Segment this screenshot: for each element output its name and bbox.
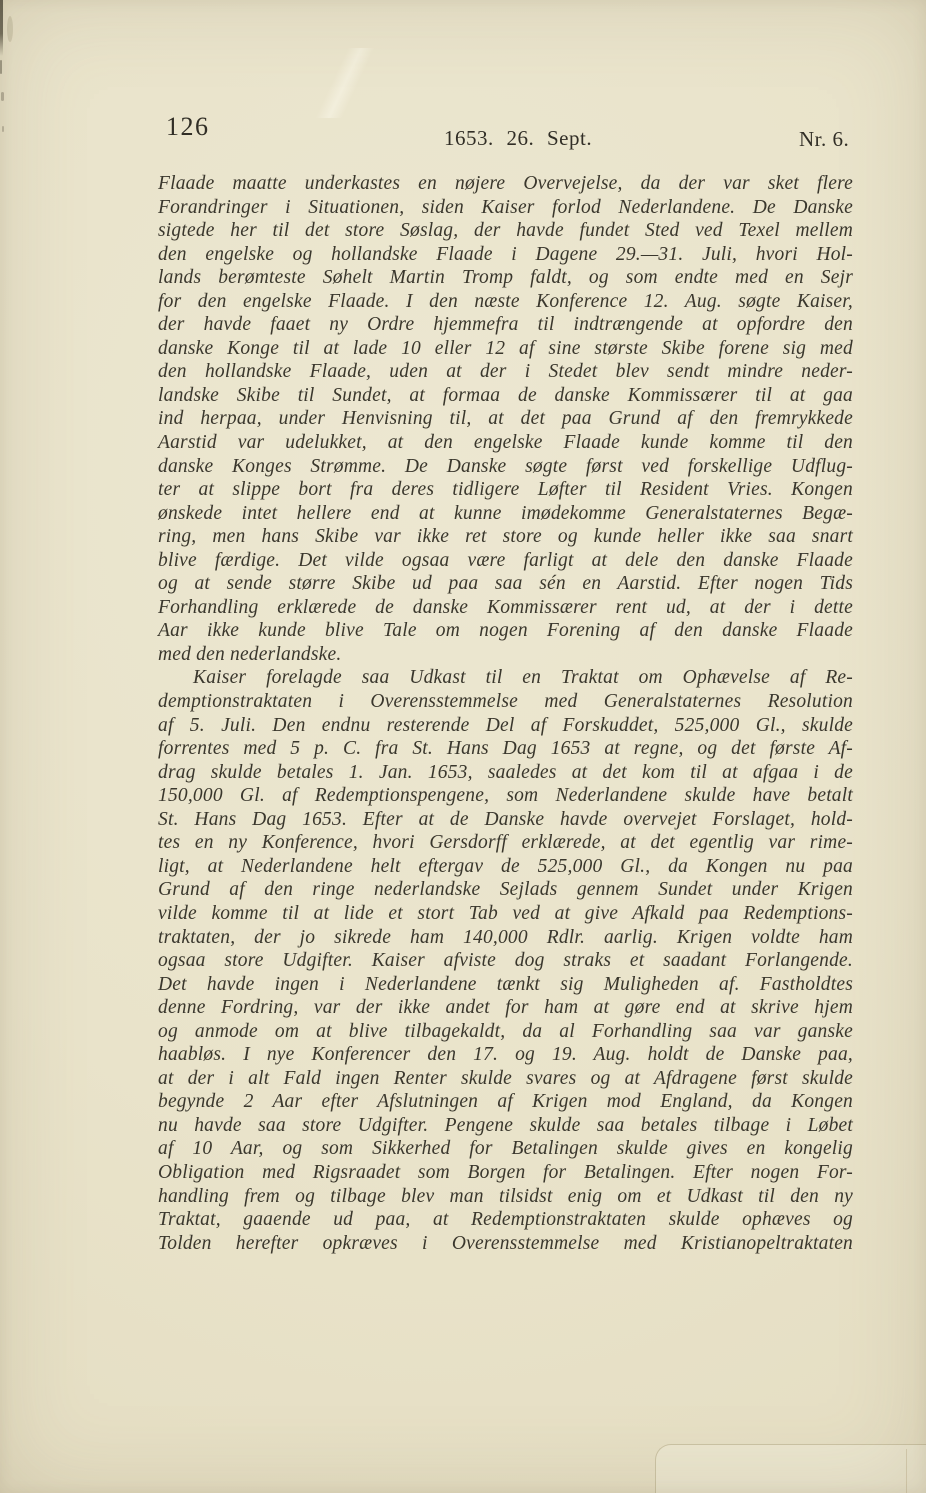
text-line: at der i alt Fald ingen Renter skulde sv…: [158, 1067, 853, 1091]
text-line: Kaiser forelagde saa Udkast til en Trakt…: [158, 666, 853, 690]
text-line: lands berømteste Søhelt Martin Tromp fal…: [158, 266, 853, 290]
text-line: begynde 2 Aar efter Afslutningen af Krig…: [158, 1090, 853, 1114]
text-line: Tolden herefter opkræves i Overensstemme…: [158, 1232, 853, 1256]
text-line: Obligation med Rigsraadet som Borgen for…: [158, 1161, 853, 1185]
text-line: Grund af den ringe nederlandske Sejlads …: [158, 878, 853, 902]
text-line: ligt, at Nederlandene helt eftergav de 5…: [158, 855, 853, 879]
text-line: St. Hans Dag 1653. Efter at de Danske ha…: [158, 808, 853, 832]
text-line: danske Konge til at lade 10 eller 12 af …: [158, 337, 853, 361]
text-line: ønskede intet hellere end at kunne imøde…: [158, 502, 853, 526]
text-line: traktaten, der jo sikrede ham 140,000 Rd…: [158, 926, 853, 950]
text-line: nu havde saa store Udgifter. Pengene sku…: [158, 1114, 853, 1138]
text-line: ring, men hans Skibe var ikke ret store …: [158, 525, 853, 549]
text-line: landske Skibe til Sundet, at formaa de d…: [158, 384, 853, 408]
text-line: ter at slippe bort fra deres tidligere L…: [158, 478, 853, 502]
text-line: Forandringer i Situationen, siden Kaiser…: [158, 196, 853, 220]
text-line: og anmode om at blive tilbagekaldt, da a…: [158, 1020, 853, 1044]
text-line: handling frem og tilbage blev man tilsid…: [158, 1185, 853, 1209]
text-line: demptionstraktaten i Overensstemmelse me…: [158, 690, 853, 714]
text-block: Flaade maatte underkastes en nøjere Over…: [158, 172, 853, 1255]
text-line: drag skulde betales 1. Jan. 1653, saaled…: [158, 761, 853, 785]
text-line: den engelske og hollandske Flaade i Dage…: [158, 243, 853, 267]
text-line: med den nederlandske.: [158, 643, 853, 667]
text-line: forrentes med 5 p. C. fra St. Hans Dag 1…: [158, 737, 853, 761]
text-line: sigtede her til det store Søslag, der ha…: [158, 219, 853, 243]
scan-edge-artifact: [2, 126, 4, 132]
text-line: ind herpaa, under Henvisning til, at det…: [158, 407, 853, 431]
scan-edge-artifact: [7, 16, 13, 42]
under-page-corner: [655, 1444, 926, 1493]
text-line: Traktat, gaaende ud paa, at Redemptionst…: [158, 1208, 853, 1232]
text-line: Det havde ingen i Nederlandene tænkt sig…: [158, 973, 853, 997]
text-line: Forhandling erklærede de danske Kommissæ…: [158, 596, 853, 620]
text-line: og at sende større Skibe ud paa saa sén …: [158, 572, 853, 596]
paper-crease: [250, 48, 440, 118]
text-line: 150,000 Gl. af Redemptionspengene, som N…: [158, 784, 853, 808]
text-line: blive færdige. Det vilde ogsaa være farl…: [158, 549, 853, 573]
running-head-date: 1653. 26. Sept.: [444, 126, 592, 151]
text-line: denne Fordring, var der ikke andet for h…: [158, 996, 853, 1020]
text-line: der havde faaet ny Ordre hjemmefra til i…: [158, 313, 853, 337]
text-line: Aarstid var udelukket, at den engelske F…: [158, 431, 853, 455]
page-number: 126: [166, 112, 210, 142]
scan-edge-artifact: [0, 0, 3, 56]
paragraph: Flaade maatte underkastes en nøjere Over…: [158, 172, 853, 666]
text-line: ogsaa store Udgifter. Kaiser afviste dog…: [158, 949, 853, 973]
text-line: danske Konges Strømme. De Danske søgte f…: [158, 455, 853, 479]
running-head-document-number: Nr. 6.: [799, 127, 849, 152]
paragraph: Kaiser forelagde saa Udkast til en Trakt…: [158, 666, 853, 1255]
text-line: for den engelske Flaade. I den næste Kon…: [158, 290, 853, 314]
scan-edge-artifact: [0, 60, 2, 74]
text-line: den hollandske Flaade, uden at der i Ste…: [158, 360, 853, 384]
text-line: tes en ny Konference, hvori Gersdorff er…: [158, 831, 853, 855]
book-page: 126 1653. 26. Sept. Nr. 6. Flaade maatte…: [0, 0, 926, 1493]
text-line: Aar ikke kunde blive Tale om nogen Foren…: [158, 619, 853, 643]
text-line: af 5. Juli. Den endnu resterende Del af …: [158, 714, 853, 738]
text-line: af 10 Aar, og som Sikkerhed for Betaling…: [158, 1137, 853, 1161]
text-line: Flaade maatte underkastes en nøjere Over…: [158, 172, 853, 196]
text-line: vilde komme til at lide et stort Tab ved…: [158, 902, 853, 926]
scan-edge-artifact: [1, 92, 4, 101]
under-page-edge-line: [906, 1449, 907, 1493]
text-line: haabløs. I nye Konferencer den 17. og 19…: [158, 1043, 853, 1067]
